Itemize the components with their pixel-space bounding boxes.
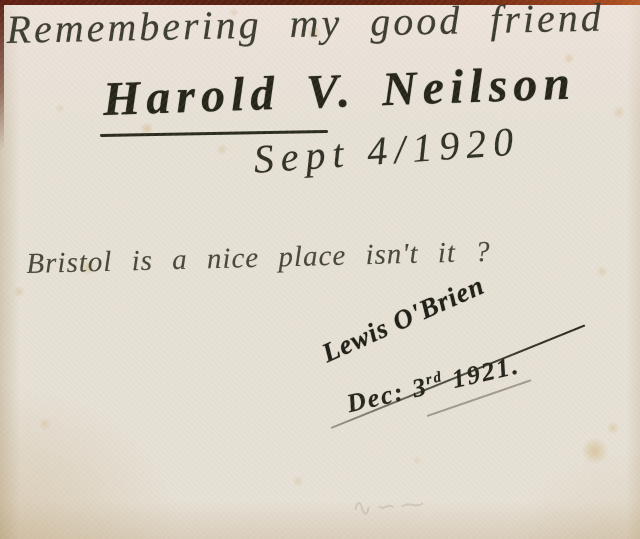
foxing-spot	[606, 422, 620, 434]
foxing-spot	[216, 144, 228, 155]
quote-line: Bristol is a nice place isn't it ?	[26, 236, 491, 281]
foxing-spot	[580, 438, 610, 464]
signer2-date: Dec: 3rd 1921.	[344, 350, 523, 419]
foxing-spot	[412, 456, 422, 465]
dedication-line: Remembering my good friend	[6, 0, 604, 53]
foxing-spot	[13, 286, 25, 297]
foxing-spot	[612, 106, 626, 119]
signer2-date-day: Dec: 3	[344, 372, 430, 419]
book-left-edge	[0, 0, 4, 150]
signer1-date: Sept 4/1920	[252, 117, 522, 183]
foxing-spot	[292, 476, 304, 487]
signer2-date-year: 1921.	[441, 350, 523, 396]
foxing-spot	[38, 418, 52, 430]
foxing-spot	[55, 104, 65, 113]
signer1-signature: Harold V. Neilson	[102, 55, 577, 126]
autograph-album-page-photo: Remembering my good friend Harold V. Nei…	[0, 0, 640, 539]
signer2-signature: Lewis O'Brien	[317, 270, 489, 369]
faint-pencil-mark: ∿∽⁓	[351, 489, 429, 523]
foxing-spot	[596, 266, 608, 277]
